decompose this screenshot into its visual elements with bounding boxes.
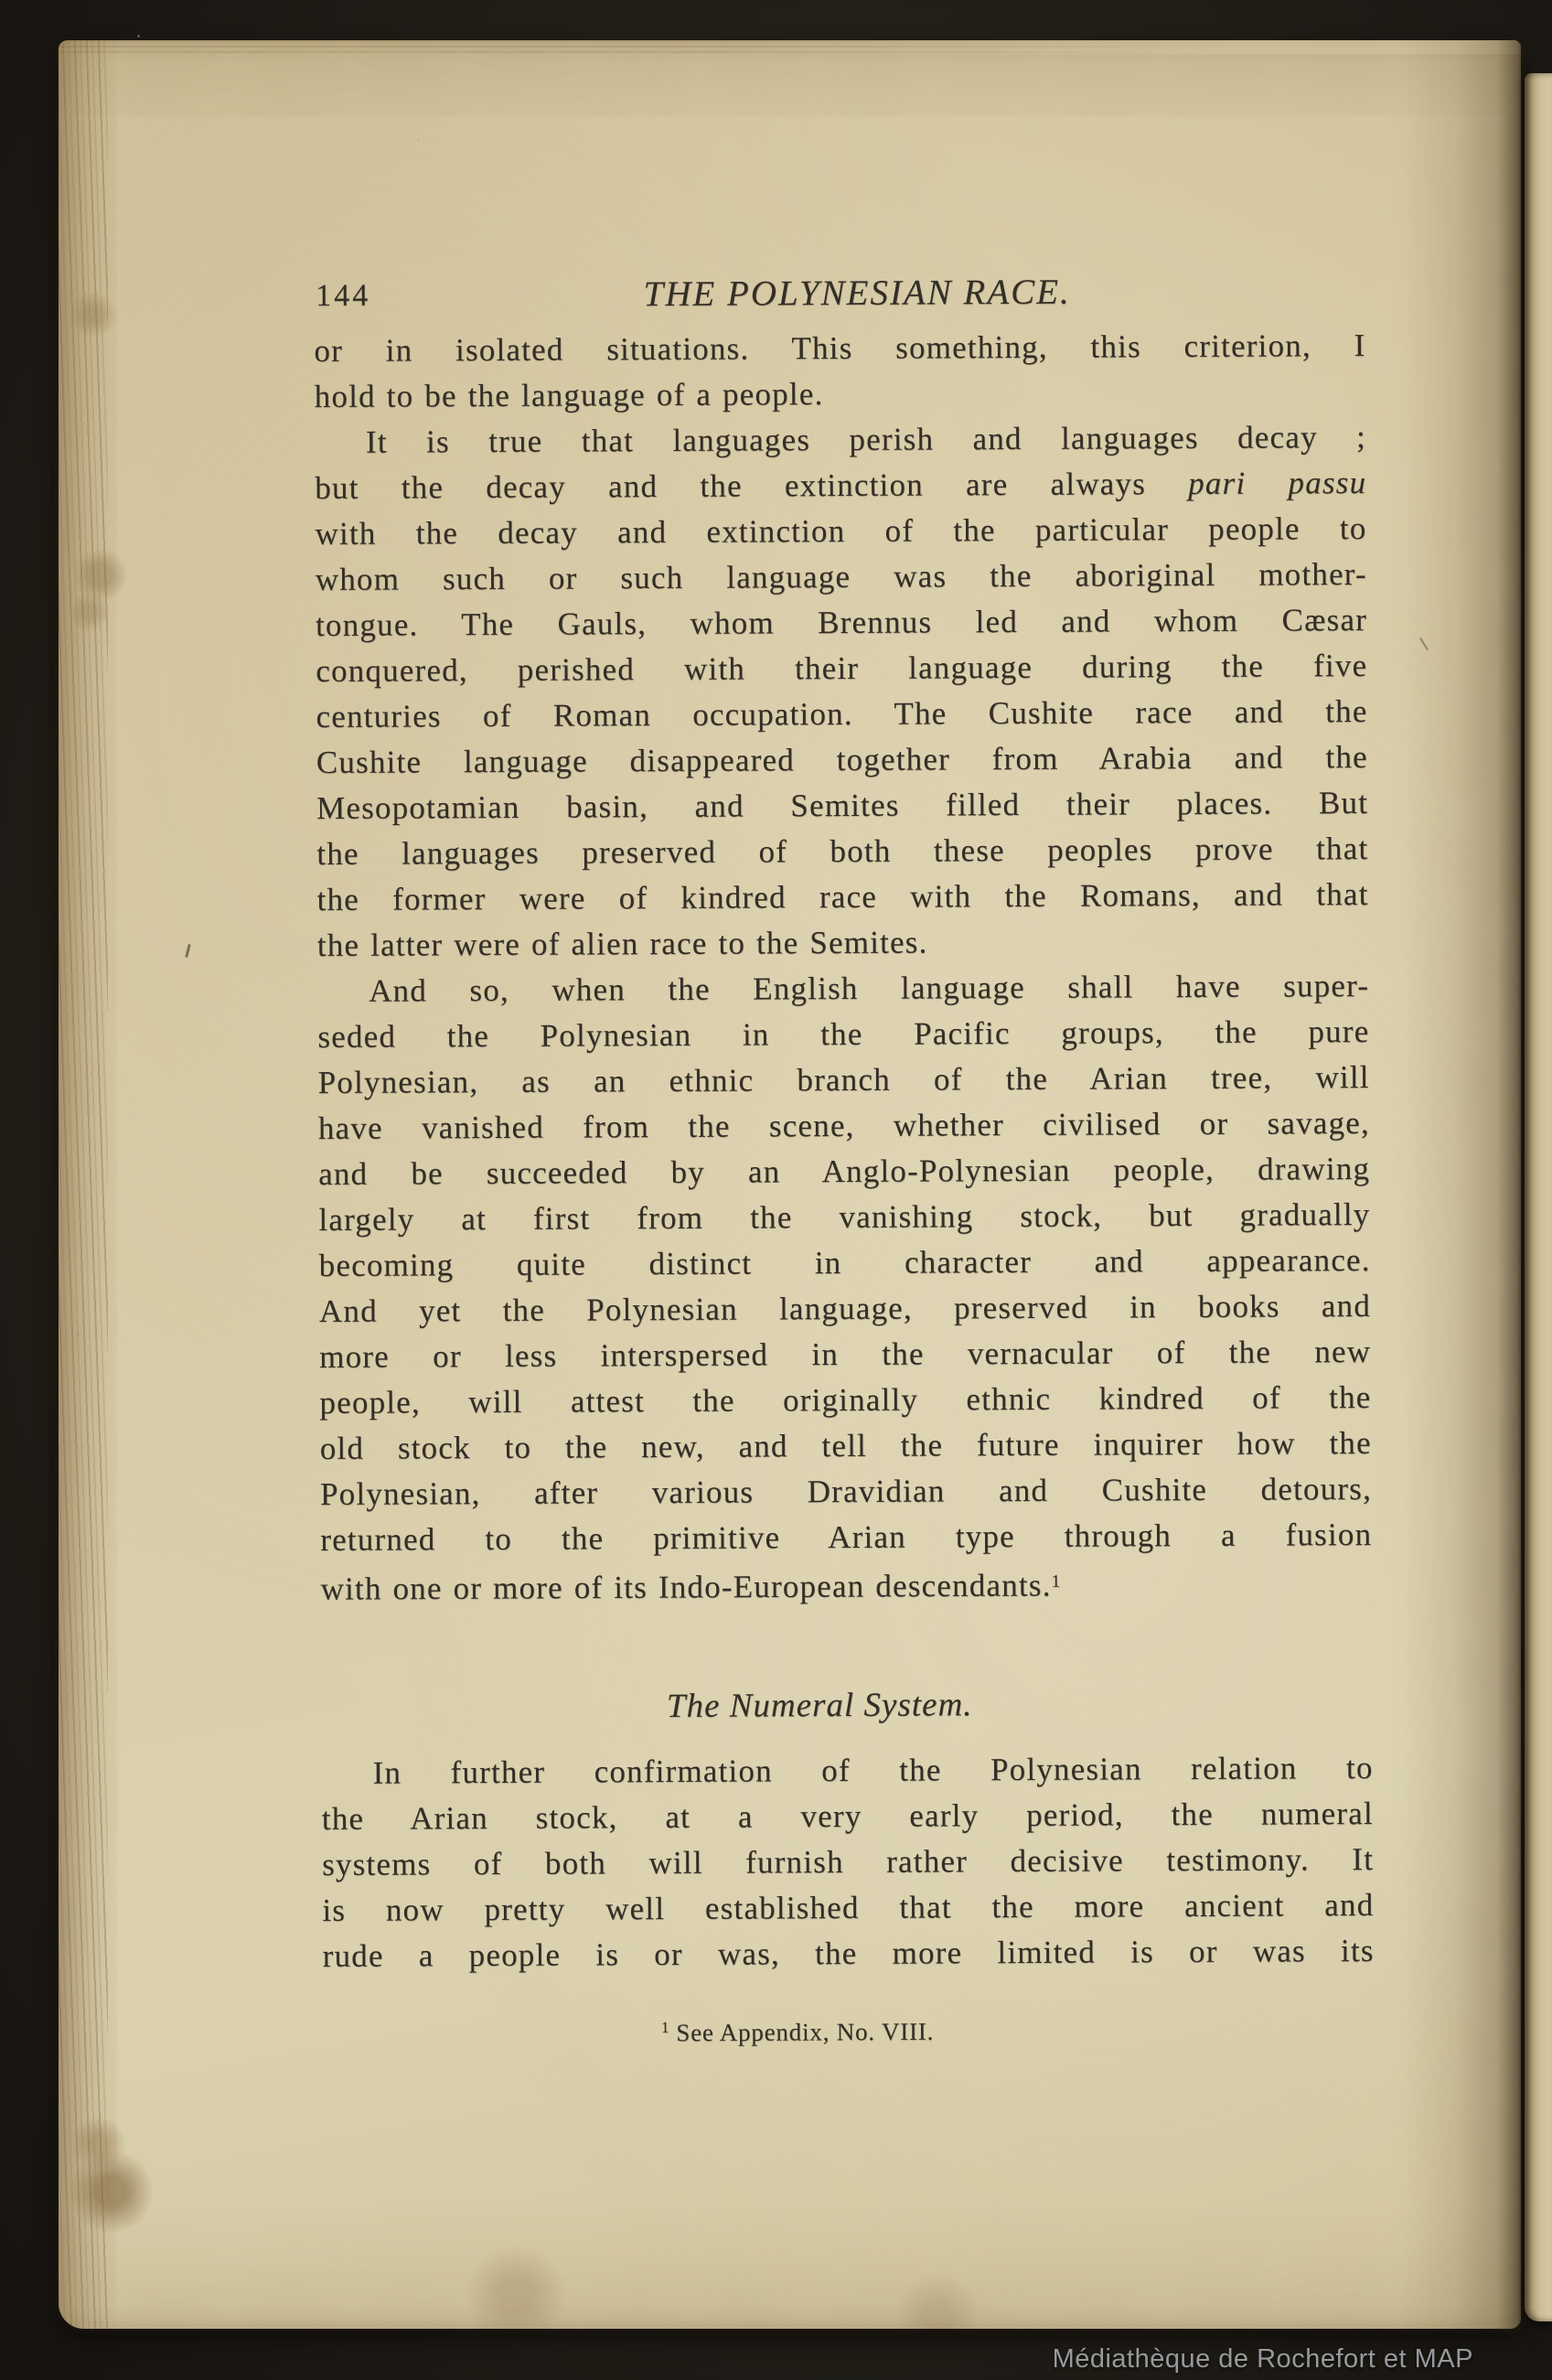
text-line: It is true that languages perish and lan… [315,414,1366,466]
text-line: the languages preserved of both these pe… [316,826,1368,877]
text-line: conquered, perished with their language … [316,643,1367,694]
footnote-text: See Appendix, No. VIII. [676,2018,934,2046]
text-line: with the decay and extinction of the par… [315,506,1366,557]
text-line: or in isolated situations. This somethin… [314,323,1365,374]
text-line: centuries of Roman occupation. The Cushi… [316,689,1367,740]
text-line: And yet the Polynesian language, preserv… [319,1283,1371,1335]
text-line: Polynesian, as an ethnic branch of the A… [318,1055,1370,1106]
dust-speck [137,35,140,38]
running-head: 144 THE POLYNESIAN RACE. [314,268,1365,319]
text-line: but the decay and the extinction are alw… [315,460,1366,511]
running-title: THE POLYNESIAN RACE. [314,268,1365,319]
text-line: seded the Polynesian in the Pacific grou… [317,1009,1369,1060]
ink-fleck [1419,638,1429,651]
printed-content: 144 THE POLYNESIAN RACE. or in isolated … [313,38,1375,2049]
text-line: systems of both will furnish rather deci… [322,1837,1374,1888]
text-line: Polynesian, after various Dravidian and … [320,1466,1372,1517]
text-line: tongue. The Gauls, whom Brennus led and … [316,597,1367,649]
paragraph: In further confirmation of the Polynesia… [321,1745,1374,1979]
text-block: or in isolated situations. This somethin… [314,323,1374,1979]
text-line: more or less interspersed in the vernacu… [319,1329,1371,1380]
text-line: the Arian stock, at a very early period,… [322,1791,1374,1842]
text-line: In further confirmation of the Polynesia… [321,1745,1373,1796]
text-line: have vanished from the scene, whether ci… [318,1100,1370,1152]
footnote-marker: 1 [661,2019,669,2036]
footnote: 1See Appendix, No. VIII. [323,2015,1375,2049]
paragraph: or in isolated situations. This somethin… [314,323,1366,420]
text-line: becoming quite distinct in character and… [319,1238,1371,1289]
text-line: the latter were of alien race to the Sem… [317,917,1369,969]
next-page-edge [1525,73,1552,2321]
text-line: is now pretty well established that the … [322,1882,1374,1934]
paragraph: It is true that languages perish and lan… [315,414,1369,969]
text-line: And so, when the English language shall … [317,963,1369,1014]
page-deckle-edges [59,40,108,2329]
text-line: and be succeeded by an Anglo-Polynesian … [318,1146,1370,1197]
text-line: largely at first from the vanishing stoc… [318,1192,1370,1243]
text-line: Mesopotamian basin, and Semites filled t… [316,780,1368,831]
page-number: 144 [316,273,370,319]
book-page-scan: 144 THE POLYNESIAN RACE. or in isolated … [59,40,1521,2329]
text-line: returned to the primitive Arian type thr… [320,1512,1372,1563]
text-line: with one or more of its Indo-European de… [320,1558,1372,1609]
text-line: the former were of kindred race with the… [316,872,1368,923]
text-line: people, will attest the originally ethni… [319,1375,1371,1426]
paragraph: And so, when the English language shall … [317,963,1373,1609]
library-watermark: Médiathèque de Rochefort et MAP [1053,2344,1473,2375]
text-line: rude a people is or was, the more limite… [323,1928,1375,1979]
text-line: whom such or such language was the abori… [316,552,1367,603]
text-line: hold to be the language of a people. [315,369,1366,420]
section-heading: The Numeral System. [321,1680,1373,1731]
text-line: Cushite language disappeared together fr… [316,734,1368,786]
ink-fleck [185,944,191,958]
text-line: old stock to the new, and tell the futur… [320,1420,1372,1472]
